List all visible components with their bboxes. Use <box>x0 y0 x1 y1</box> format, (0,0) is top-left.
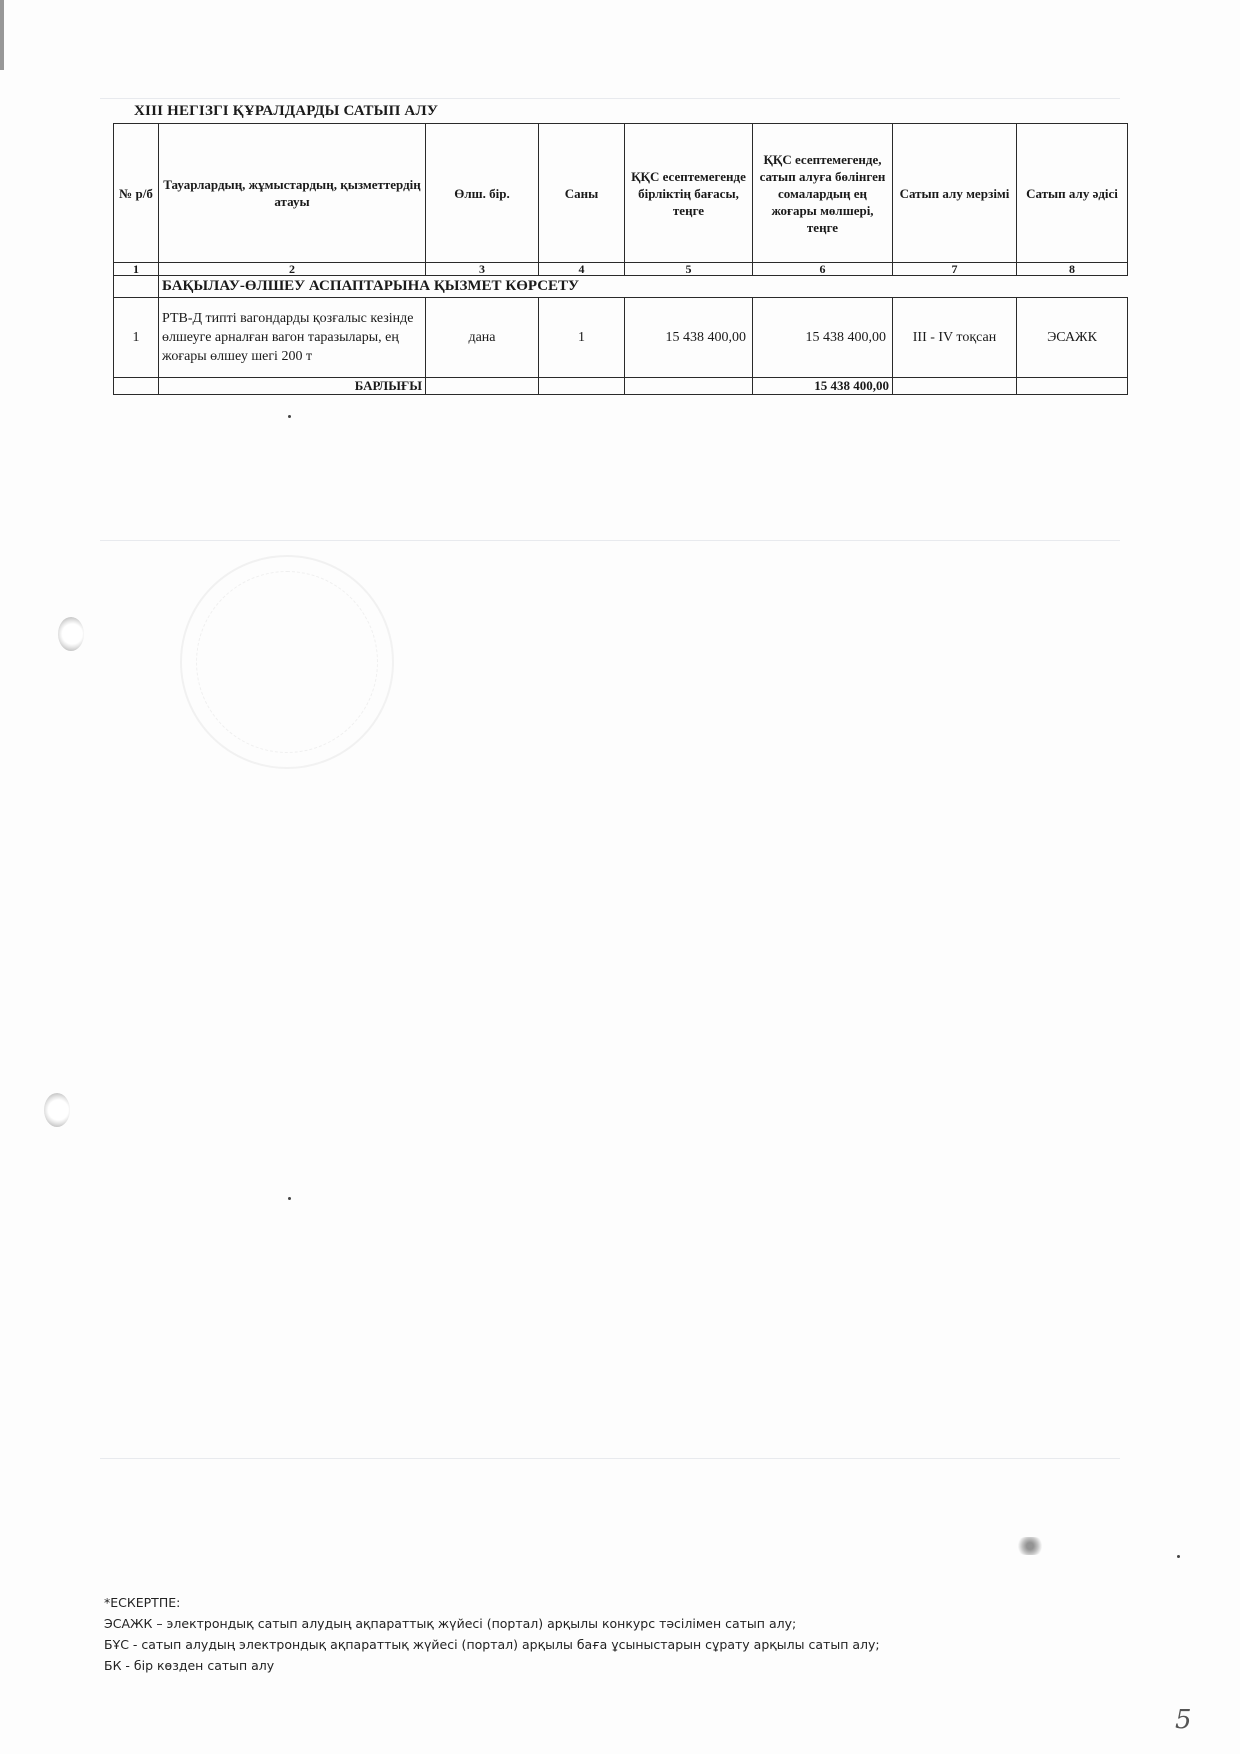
ink-smudge <box>1015 1537 1045 1555</box>
column-number: 1 <box>114 263 159 276</box>
section-title: XIII НЕГІЗГІ ҚҰРАЛДАРДЫ САТЫП АЛУ <box>134 103 438 120</box>
handwritten-page-number: 5 <box>1175 1705 1192 1735</box>
column-number: 7 <box>893 263 1017 276</box>
punch-hole-icon <box>44 1093 70 1127</box>
table-row: 1 РТВ-Д типті вагондарды қозғалыс кезінд… <box>114 298 1128 378</box>
row-method: ЭСАЖК <box>1017 298 1128 378</box>
footnote-line: БҰС - сатып алудың электрондық ақпаратты… <box>104 1634 880 1655</box>
footnote-line: ЭСАЖК – электрондық сатып алудың ақпарат… <box>104 1613 880 1634</box>
empty-cell <box>625 378 753 395</box>
row-unit: дана <box>426 298 539 378</box>
column-number: 6 <box>753 263 893 276</box>
header-name: Тауарлардың, жұмыстардың, қызметтердің а… <box>159 124 426 263</box>
total-label: БАРЛЫҒЫ <box>159 378 426 395</box>
header-unit: Өлш. бір. <box>426 124 539 263</box>
column-number: 4 <box>539 263 625 276</box>
row-no: 1 <box>114 298 159 378</box>
faded-stamp-icon <box>180 555 394 769</box>
header-no: № р/б <box>114 124 159 263</box>
scan-artifact-line <box>100 540 1120 541</box>
column-number-row: 1 2 3 4 5 6 7 8 <box>114 263 1128 276</box>
column-number: 8 <box>1017 263 1128 276</box>
scan-speck <box>288 1197 291 1200</box>
header-max-amount: ҚҚС есептемегенде, сатып алуға бөлінген … <box>753 124 893 263</box>
column-number: 2 <box>159 263 426 276</box>
section-heading: БАҚЫЛАУ-ӨЛШЕУ АСПАПТАРЫНА ҚЫЗМЕТ КӨРСЕТУ <box>159 276 1128 298</box>
total-row: БАРЛЫҒЫ 15 438 400,00 <box>114 378 1128 395</box>
empty-cell <box>1017 378 1128 395</box>
footnote: *ЕСКЕРТПЕ: ЭСАЖК – электрондық сатып алу… <box>104 1592 880 1676</box>
empty-cell <box>114 276 159 298</box>
header-unit-price: ҚҚС есептемегенде бірліктің бағасы, теңг… <box>625 124 753 263</box>
header-method: Сатып алу әдісі <box>1017 124 1128 263</box>
row-name: РТВ-Д типті вагондарды қозғалыс кезінде … <box>159 298 426 378</box>
row-unit-price: 15 438 400,00 <box>625 298 753 378</box>
column-number: 3 <box>426 263 539 276</box>
empty-cell <box>426 378 539 395</box>
empty-cell <box>539 378 625 395</box>
header-qty: Саны <box>539 124 625 263</box>
footnote-line: БК - бір көзден сатып алу <box>104 1655 880 1676</box>
row-qty: 1 <box>539 298 625 378</box>
scan-artifact-line <box>100 98 1120 99</box>
scan-edge-mark <box>0 0 4 70</box>
total-max-amount: 15 438 400,00 <box>753 378 893 395</box>
scan-speck <box>1177 1555 1180 1558</box>
column-number: 5 <box>625 263 753 276</box>
scan-speck <box>288 415 291 418</box>
header-row: № р/б Тауарлардың, жұмыстардың, қызметте… <box>114 124 1128 263</box>
procurement-table: № р/б Тауарлардың, жұмыстардың, қызметте… <box>113 123 1128 395</box>
footnote-title: *ЕСКЕРТПЕ: <box>104 1592 880 1613</box>
header-period: Сатып алу мерзімі <box>893 124 1017 263</box>
empty-cell <box>893 378 1017 395</box>
empty-cell <box>114 378 159 395</box>
row-max-amount: 15 438 400,00 <box>753 298 893 378</box>
scan-artifact-line <box>100 1458 1120 1459</box>
punch-hole-icon <box>58 617 84 651</box>
section-heading-row: БАҚЫЛАУ-ӨЛШЕУ АСПАПТАРЫНА ҚЫЗМЕТ КӨРСЕТУ <box>114 276 1128 298</box>
row-period: III - IV тоқсан <box>893 298 1017 378</box>
